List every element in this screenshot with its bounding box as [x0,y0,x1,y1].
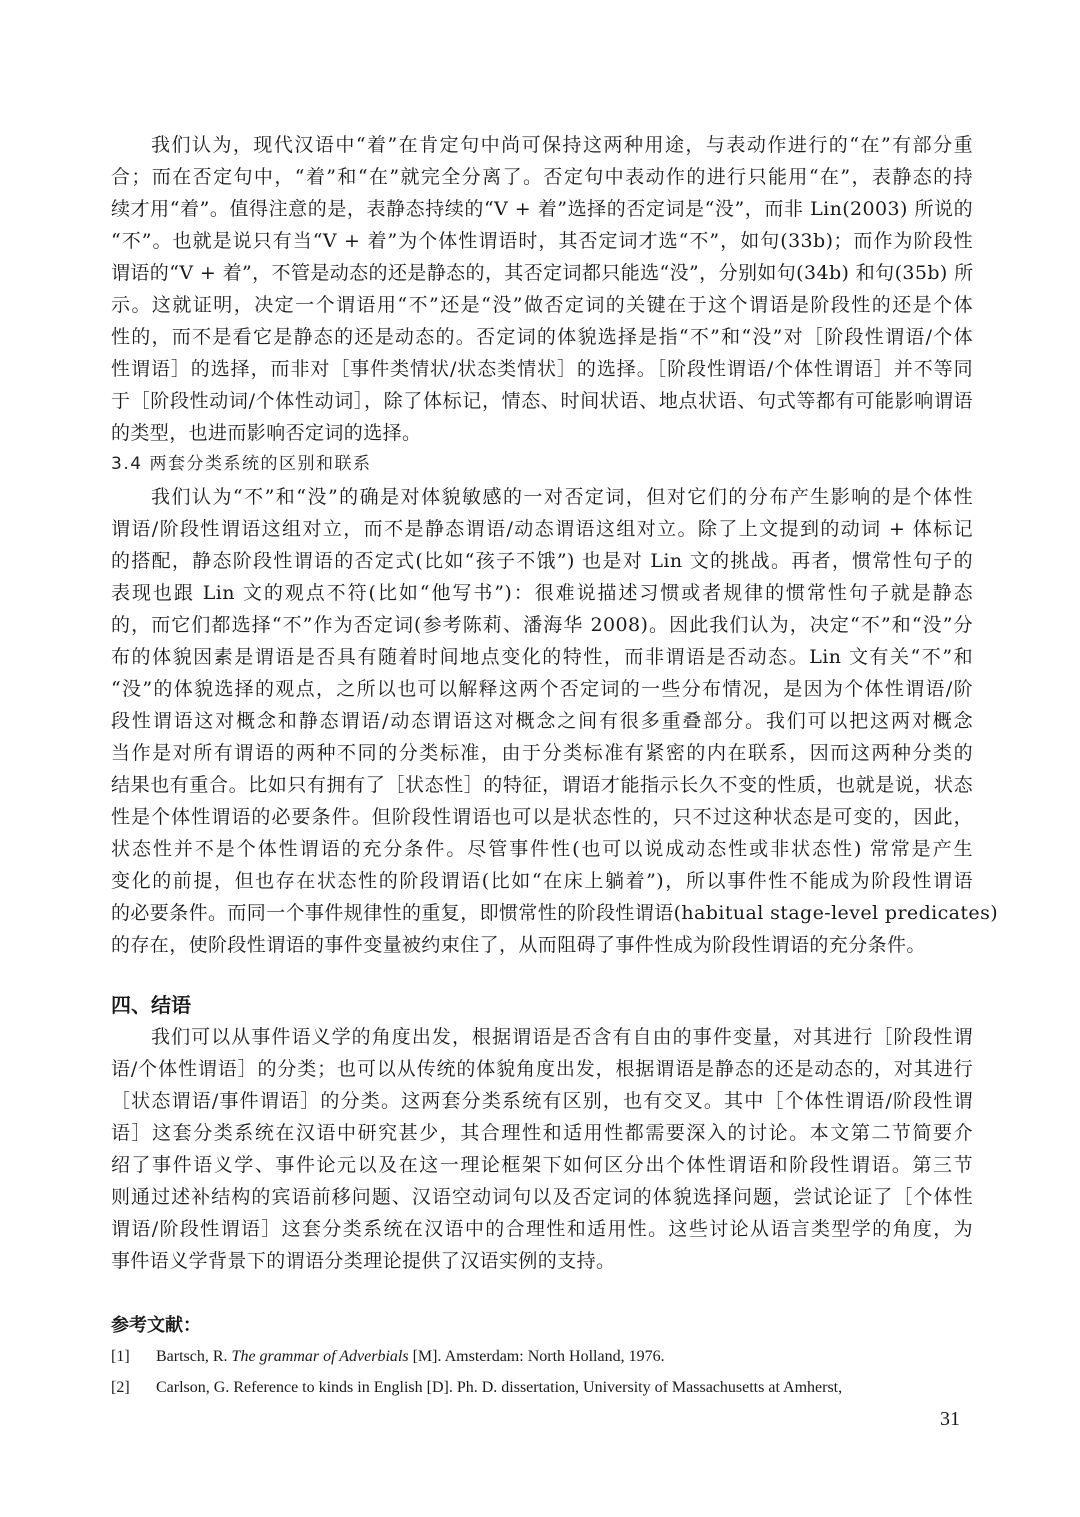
text-line: 事件语义学背景下的谓语分类理论提供了汉语实例的支持。 [111,1245,973,1277]
text-line: 性谓语］的选择，而非对［事件类情状/状态类情状］的选择。［阶段性谓语/个体性谓语… [111,353,973,385]
text-line: 合；而在否定句中，“着”和“在”就完全分离了。否定句中表动作的进行只能用“在”，… [111,161,973,193]
text-line: 性是个体性谓语的必要条件。但阶段性谓语也可以是状态性的，只不过这种状态是可变的，… [111,801,973,833]
text-line: 当作是对所有谓语的两种不同的分类标准，由于分类标准有紧密的内在联系，因而这两种分… [111,737,973,769]
text-line: ［状态谓语/事件谓语］的分类。这两套分类系统有区别，也有交叉。其中［个体性谓语/… [111,1085,973,1117]
text-line: 的类型，也进而影响否定词的选择。 [111,417,973,449]
text-line: 的存在，使阶段性谓语的事件变量被约束住了，从而阻碍了事件性成为阶段性谓语的充分条… [111,929,973,961]
references-list: [1]Bartsch, R. The grammar of Adverbials… [111,1341,973,1403]
text-line: 的，而它们都选择“不”作为否定词(参考陈莉、潘海华 2008)。因此我们认为，决… [111,609,973,641]
reference-text: Carlson, G. Reference to kinds in Englis… [156,1379,842,1396]
text-line: 变化的前提，但也存在状态性的阶段谓语(比如“在床上躺着”)，所以事件性不能成为阶… [111,865,973,897]
text-line: 语］这套分类系统在汉语中研究甚少，其合理性和适用性都需要深入的讨论。本文第二节简… [111,1117,973,1149]
page-content: 我们认为，现代汉语中“着”在肯定句中尚可保持这两种用途，与表动作进行的“在”有部… [111,129,973,1403]
text-line: 表现也跟 Lin 文的观点不符(比如“他写书”)：很难说描述习惯或者规律的惯常性… [111,577,973,609]
reference-text: [M]. Amsterdam: North Holland, 1976. [409,1348,665,1365]
text-line: 示。这就证明，决定一个谓语用“不”还是“没”做否定词的关键在于这个谓语是阶段性的… [111,289,973,321]
reference-item: [2]Carlson, G. Reference to kinds in Eng… [111,1372,973,1403]
text-line: 谓语/阶段性谓语这组对立，而不是静态谓语/动态谓语这组对立。除了上文提到的动词 … [111,513,973,545]
subsection-heading: 3.4 两套分类系统的区别和联系 [111,449,973,481]
paragraph-negation-aspect: 我们认为，现代汉语中“着”在肯定句中尚可保持这两种用途，与表动作进行的“在”有部… [111,129,973,449]
reference-text: Bartsch, R. [156,1348,232,1365]
reference-title: The grammar of Adverbials [232,1348,409,1365]
text-line: 的必要条件。而同一个事件规律性的重复，即惯常性的阶段性谓语(habitual s… [111,897,973,929]
text-line: 谓语/阶段性谓语］这套分类系统在汉语中的合理性和适用性。这些讨论从语言类型学的角… [111,1213,973,1245]
text-line: 的搭配，静态阶段性谓语的否定式(比如“孩子不饿”) 也是对 Lin 文的挑战。再… [111,545,973,577]
text-line: 结果也有重合。比如只有拥有了［状态性］的特征，谓语才能指示长久不变的性质，也就是… [111,769,973,801]
text-line: 于［阶段性动词/个体性动词］，除了体标记，情态、时间状语、地点状语、句式等都有可… [111,385,973,417]
text-line: 谓语的“V + 着”，不管是动态的还是静态的，其否定词都只能选“没”，分别如句(… [111,257,973,289]
text-line: 我们认为“不”和“没”的确是对体貌敏感的一对否定词，但对它们的分布产生影响的是个… [111,481,973,513]
text-line: “没”的体貌选择的观点，之所以也可以解释这两个否定词的一些分布情况，是因为个体性… [111,673,973,705]
reference-item: [1]Bartsch, R. The grammar of Adverbials… [111,1341,973,1372]
paragraph-conclusion: 我们可以从事件语义学的角度出发，根据谓语是否含有自由的事件变量，对其进行［阶段性… [111,1021,973,1277]
references-heading: 参考文献： [111,1311,973,1341]
reference-number: [1] [111,1341,156,1372]
text-line: 布的体貌因素是谓语是否具有随着时间地点变化的特性，而非谓语是否动态。Lin 文有… [111,641,973,673]
text-line: 状态性并不是个体性谓语的充分条件。尽管事件性(也可以说成动态性或非状态性) 常常… [111,833,973,865]
text-line: 段性谓语这对概念和静态谓语/动态谓语这对概念之间有很多重叠部分。我们可以把这两对… [111,705,973,737]
document-page: 我们认为，现代汉语中“着”在肯定句中尚可保持这两种用途，与表动作进行的“在”有部… [0,0,1080,1517]
text-line: 则通过述补结构的宾语前移问题、汉语空动词句以及否定词的体貌选择问题，尝试论证了［… [111,1181,973,1213]
paragraph-two-systems: 我们认为“不”和“没”的确是对体貌敏感的一对否定词，但对它们的分布产生影响的是个… [111,481,973,961]
section-heading-conclusion: 四、结语 [111,989,973,1021]
text-line: 我们可以从事件语义学的角度出发，根据谓语是否含有自由的事件变量，对其进行［阶段性… [111,1021,973,1053]
text-line: 性的，而不是看它是静态的还是动态的。否定词的体貌选择是指“不”和“没”对［阶段性… [111,321,973,353]
page-number: 31 [940,1408,960,1431]
text-line: 绍了事件语义学、事件论元以及在这一理论框架下如何区分出个体性谓语和阶段性谓语。第… [111,1149,973,1181]
text-line: 语/个体性谓语］的分类；也可以从传统的体貌角度出发，根据谓语是静态的还是动态的，… [111,1053,973,1085]
text-line: 续才用“着”。值得注意的是，表静态持续的“V + 着”选择的否定词是“没”，而非… [111,193,973,225]
reference-number: [2] [111,1372,156,1403]
text-line: 我们认为，现代汉语中“着”在肯定句中尚可保持这两种用途，与表动作进行的“在”有部… [111,129,973,161]
text-line: “不”。也就是说只有当“V + 着”为个体性谓语时，其否定词才选“不”，如句(3… [111,225,973,257]
